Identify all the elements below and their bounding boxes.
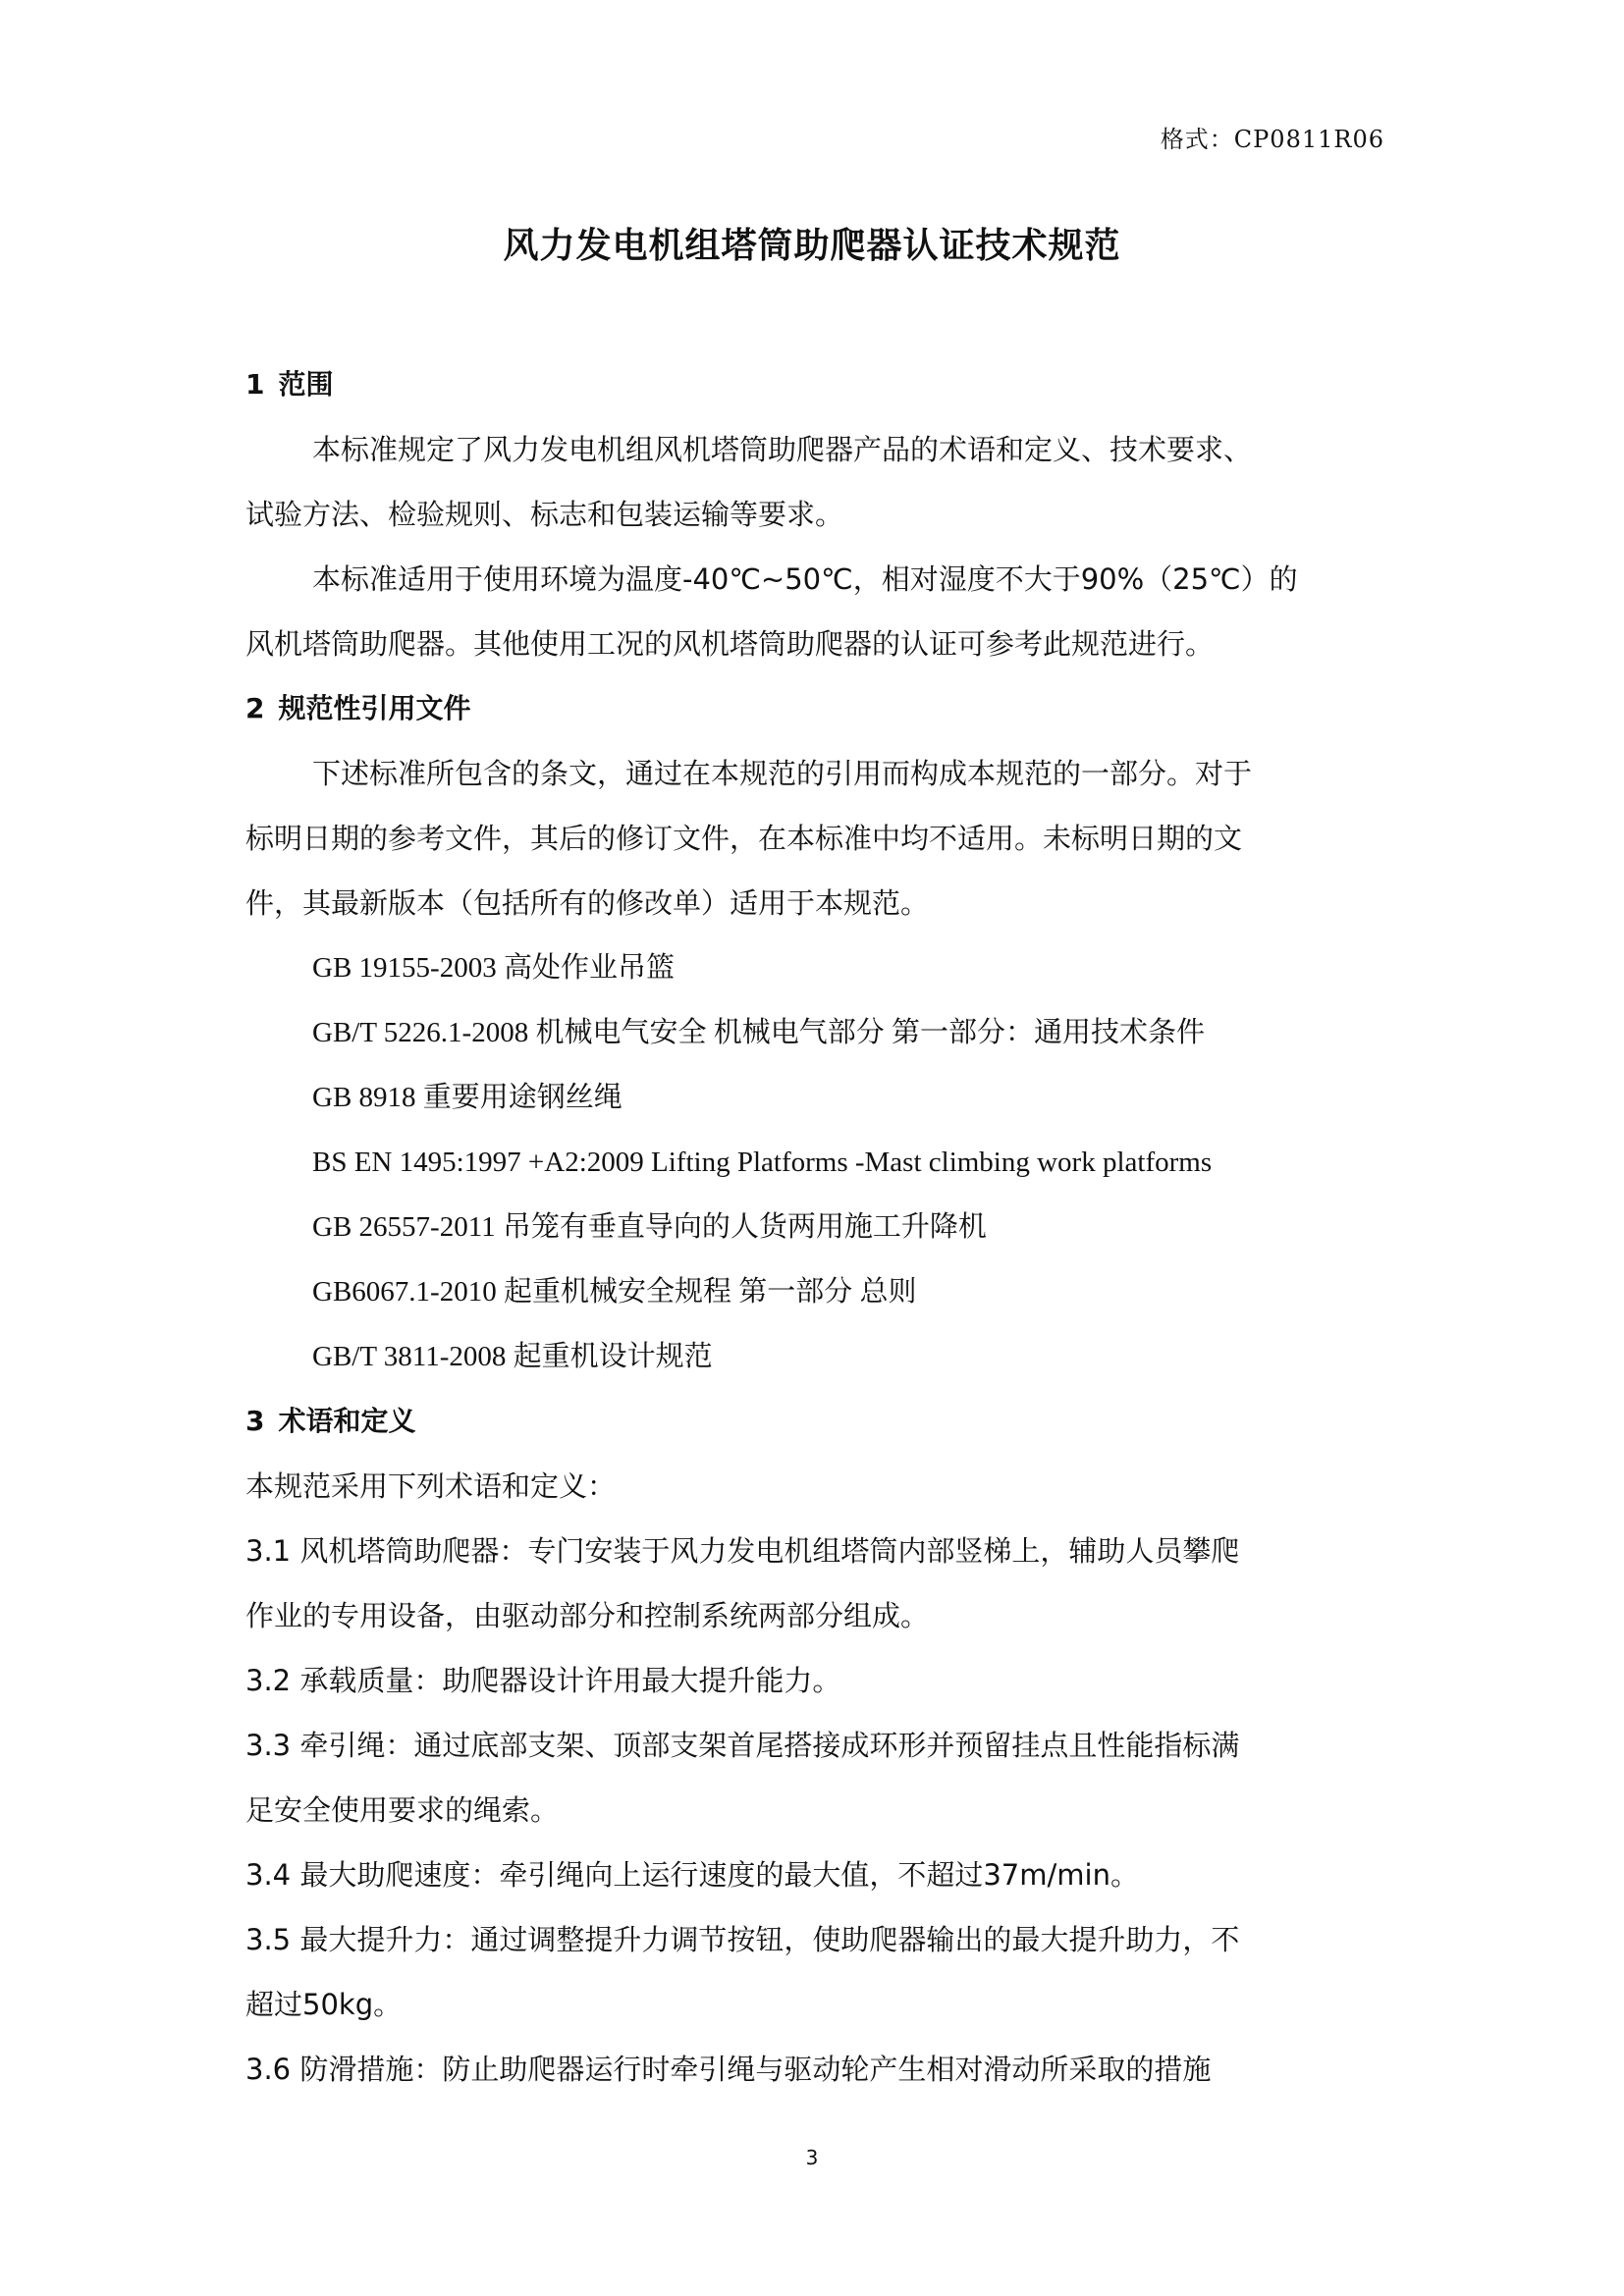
paragraph-line: 本规范采用下列术语和定义： [245, 1467, 616, 1506]
definition-line: 3.2 承载质量：助爬器设计许用最大提升能力。 [245, 1661, 840, 1700]
definition-line: 超过50kg。 [245, 1985, 402, 2024]
paragraph-line: 件，其最新版本（包括所有的修改单）适用于本规范。 [245, 883, 929, 923]
section-number: 1 [245, 368, 264, 400]
reference-item: GB 19155-2003 高处作业吊篮 [312, 948, 675, 988]
form-code: 格式：CP0811R06 [1161, 120, 1384, 154]
section-title: 规范性引用文件 [278, 692, 470, 724]
paragraph-line: 风机塔筒助爬器。其他使用工况的风机塔筒助爬器的认证可参考此规范进行。 [245, 624, 1214, 664]
paragraph-line: 本标准规定了风力发电机组风机塔筒助爬器产品的术语和定义、技术要求、 [312, 430, 1252, 469]
paragraph-line: 下述标准所包含的条文，通过在本规范的引用而构成本规范的一部分。对于 [312, 754, 1252, 793]
definition-line: 3.4 最大助爬速度：牵引绳向上运行速度的最大值，不超过37m/min。 [245, 1855, 1139, 1895]
section-heading-3: 3术语和定义 [245, 1402, 416, 1441]
paragraph-line: 本标准适用于使用环境为温度-40℃~50℃，相对湿度不大于90%（25℃）的 [312, 560, 1298, 599]
reference-item: GB 8918 重要用途钢丝绳 [312, 1078, 623, 1117]
paragraph-line: 试验方法、检验规则、标志和包装运输等要求。 [245, 495, 843, 534]
page-number: 3 [0, 2146, 1624, 2169]
section-heading-1: 1范围 [245, 365, 334, 404]
definition-line: 3.3 牵引绳：通过底部支架、顶部支架首尾搭接成环形并预留挂点且性能指标满 [245, 1726, 1239, 1765]
document-page: 格式：CP0811R06 风力发电机组塔筒助爬器认证技术规范 1范围 本标准规定… [0, 0, 1624, 2296]
section-number: 2 [245, 692, 264, 724]
reference-item: GB/T 3811-2008 起重机设计规范 [312, 1337, 713, 1376]
reference-item: BS EN 1495:1997 +A2:2009 Lifting Platfor… [312, 1143, 1212, 1182]
definition-line: 3.6 防滑措施：防止助爬器运行时牵引绳与驱动轮产生相对滑动所采取的措施 [245, 2050, 1211, 2089]
reference-item: GB/T 5226.1-2008 机械电气安全 机械电气部分 第一部分：通用技术… [312, 1013, 1205, 1052]
definition-line: 足安全使用要求的绳索。 [245, 1790, 559, 1830]
reference-item: GB 26557-2011 吊笼有垂直导向的人货两用施工升降机 [312, 1207, 987, 1247]
reference-item: GB6067.1-2010 起重机械安全规程 第一部分 总则 [312, 1272, 916, 1311]
definition-line: 3.5 最大提升力：通过调整提升力调节按钮，使助爬器输出的最大提升助力，不 [245, 1920, 1239, 1959]
paragraph-line: 标明日期的参考文件，其后的修订文件，在本标准中均不适用。未标明日期的文 [245, 819, 1242, 858]
definition-line: 3.1 风机塔筒助爬器：专门安装于风力发电机组塔筒内部竖梯上，辅助人员攀爬 [245, 1531, 1239, 1571]
document-title: 风力发电机组塔筒助爬器认证技术规范 [0, 218, 1624, 268]
definition-line: 作业的专用设备，由驱动部分和控制系统两部分组成。 [245, 1596, 929, 1635]
section-title: 术语和定义 [278, 1405, 415, 1437]
section-heading-2: 2规范性引用文件 [245, 689, 471, 728]
section-title: 范围 [278, 368, 333, 400]
section-number: 3 [245, 1405, 264, 1437]
